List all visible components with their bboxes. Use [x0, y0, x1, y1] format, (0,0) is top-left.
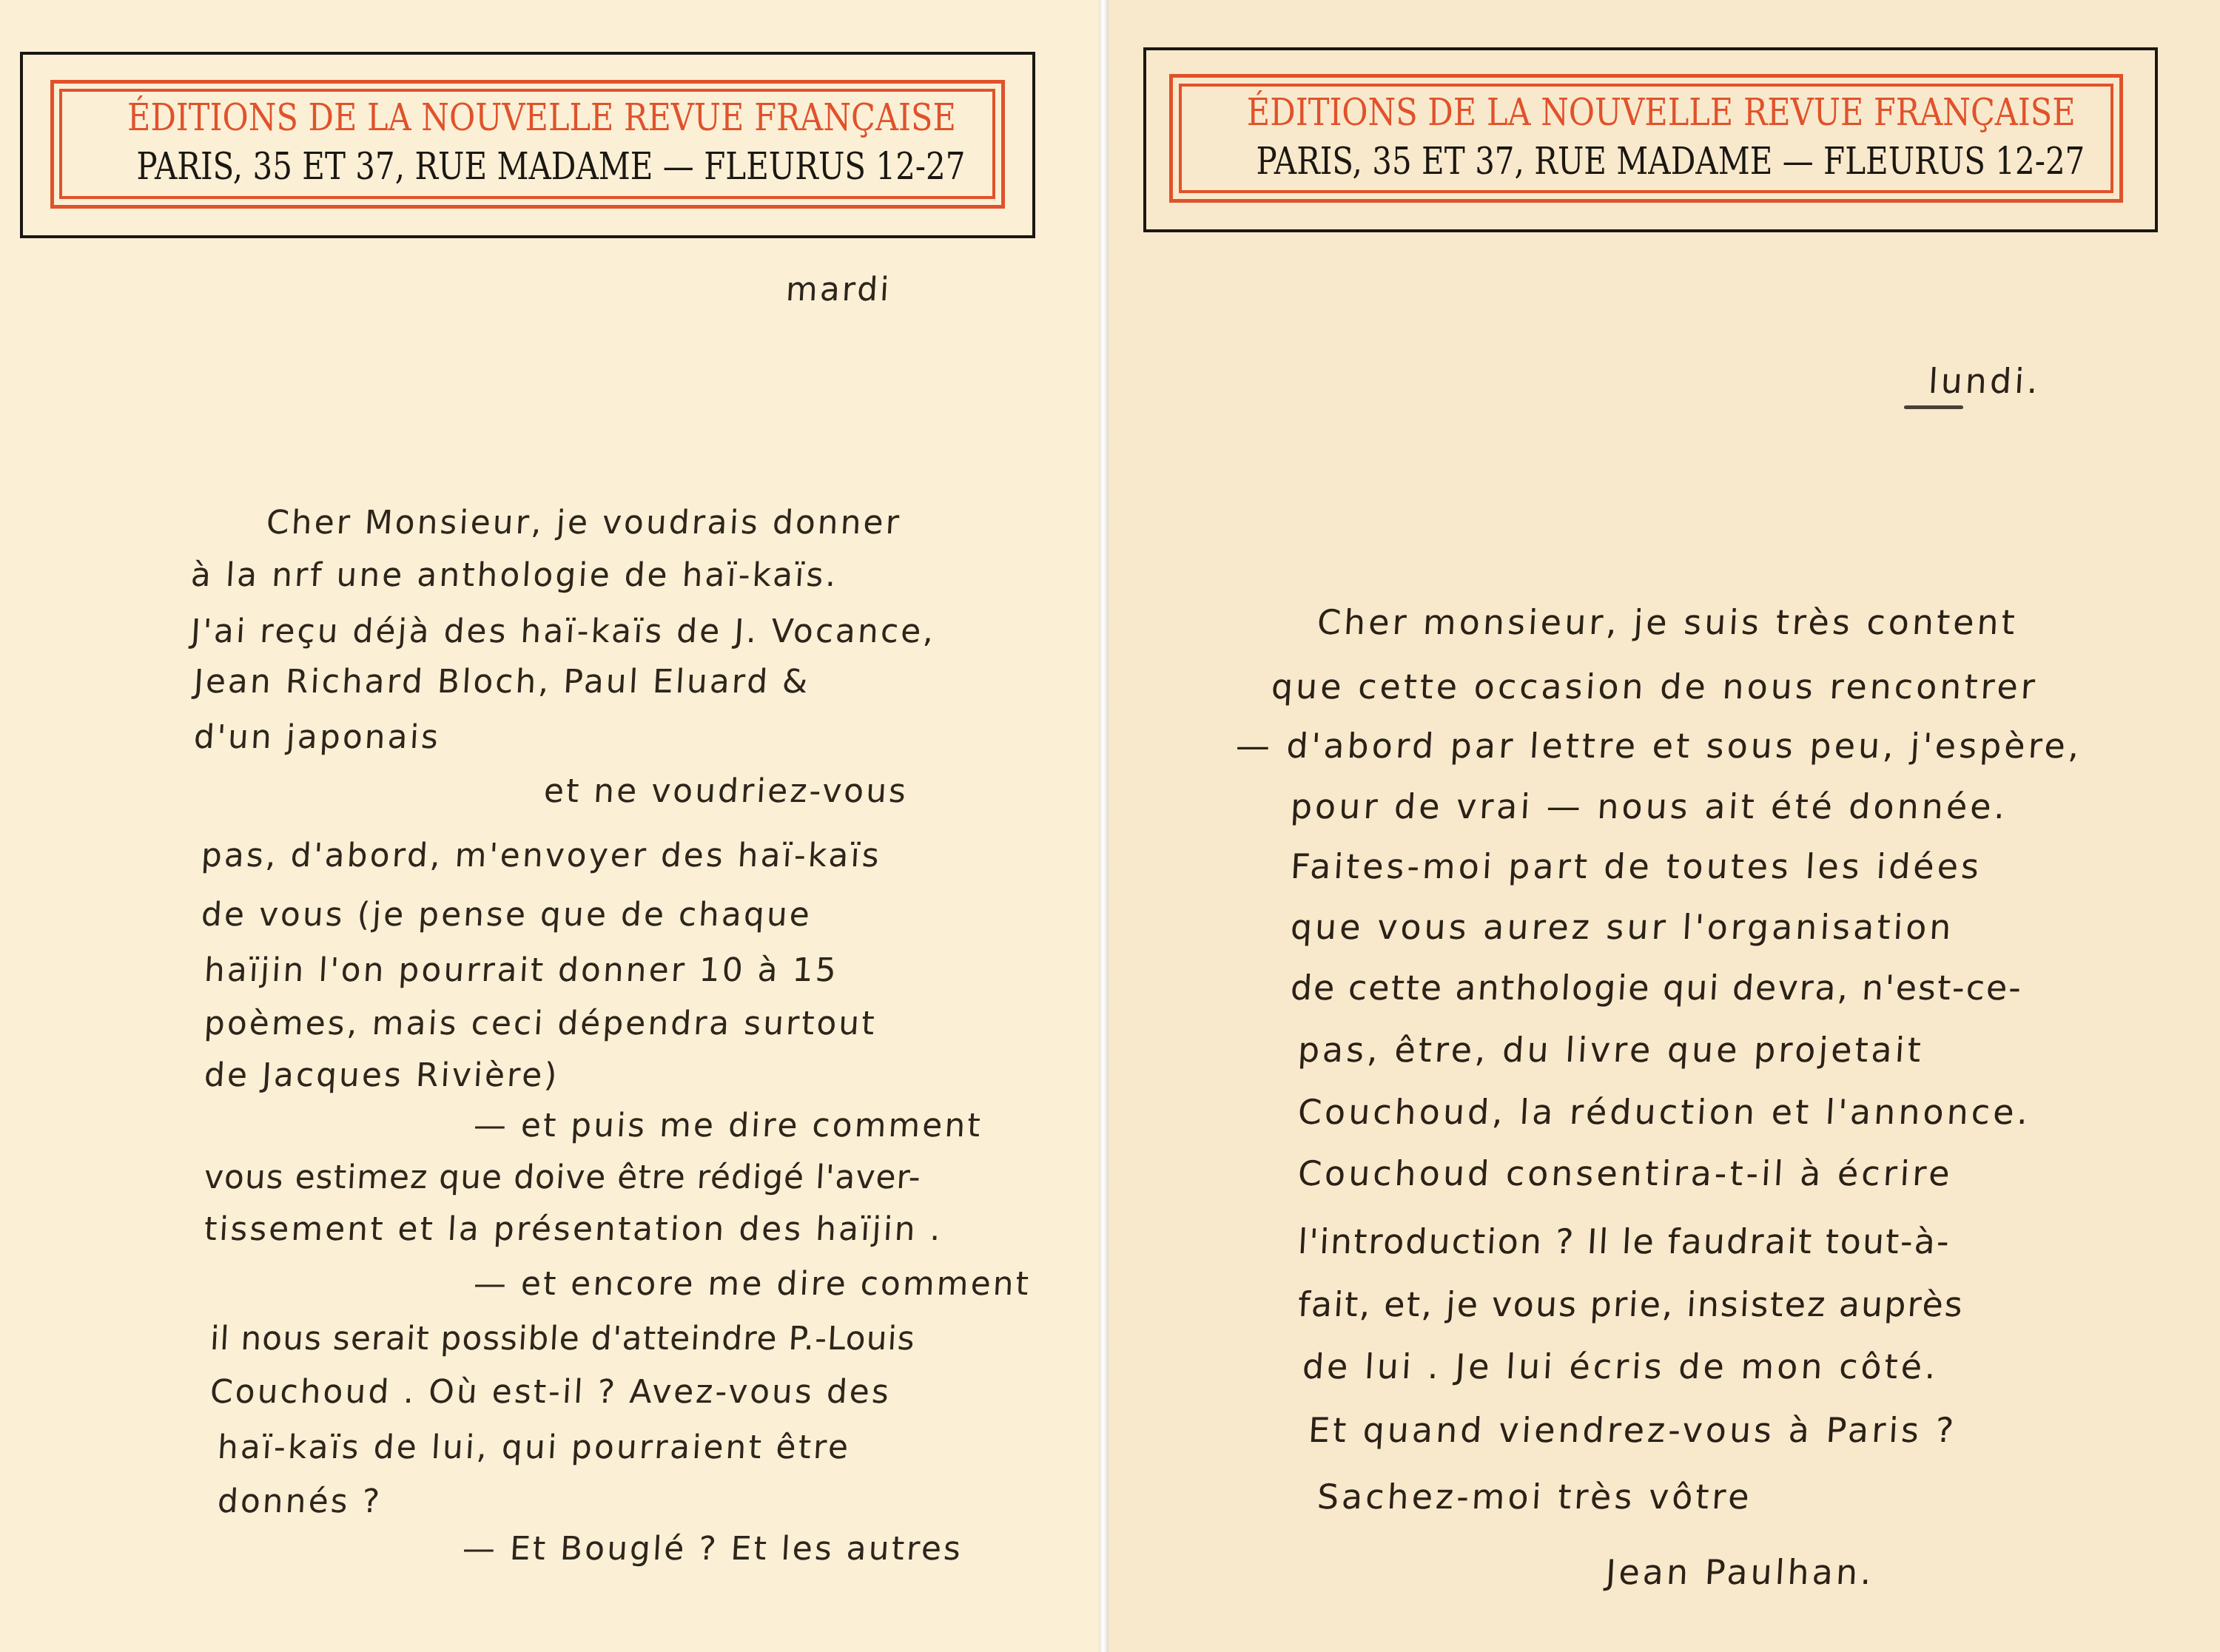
- letter-line: Faites-moi part de toutes les idées: [1290, 849, 1982, 883]
- letter-line: Cher Monsieur, je voudrais donner: [266, 507, 902, 539]
- letter-line: à la nrf une anthologie de haï-kaïs.: [190, 559, 839, 592]
- letter-line: de lui . Je lui écris de mon côté.: [1302, 1349, 1940, 1383]
- page-gutter: [1099, 0, 1109, 1652]
- letter-line: de Jacques Rivière): [203, 1059, 560, 1092]
- letterhead-address: PARIS, 35 ET 37, RUE MADAME — FLEURUS 12…: [1256, 140, 2036, 183]
- letterhead-title: ÉDITIONS DE LA NOUVELLE REVUE FRANÇAISE: [127, 96, 927, 139]
- letter-line: l'introduction ? Il le faudrait tout-à-: [1297, 1224, 1951, 1258]
- letter-line: — Et Bouglé ? Et les autres: [462, 1533, 963, 1565]
- letter-line: Couchoud . Où est-il ? Avez-vous des: [209, 1376, 892, 1409]
- letter-line: tissement et la présentation des haïjin …: [203, 1213, 943, 1246]
- letterhead-red-border-inner: ÉDITIONS DE LA NOUVELLE REVUE FRANÇAISE …: [59, 89, 995, 199]
- letter-line: — et encore me dire comment: [473, 1268, 1032, 1301]
- letter-page-left: ÉDITIONS DE LA NOUVELLE REVUE FRANÇAISE …: [0, 0, 1099, 1652]
- letter-line: que cette occasion de nous rencontrer: [1271, 670, 2039, 704]
- letter-line: donnés ?: [217, 1486, 383, 1518]
- letter-line: pas, d'abord, m'envoyer des haï-kaïs: [201, 840, 882, 872]
- signature: Jean Paulhan.: [1605, 1555, 1875, 1589]
- letter-line: il nous serait possible d'atteindre P.-L…: [209, 1323, 916, 1355]
- letterhead-red-border-inner: ÉDITIONS DE LA NOUVELLE REVUE FRANÇAISE …: [1179, 84, 2113, 193]
- letter-line: de vous (je pense que de chaque: [201, 899, 813, 931]
- letter-line: Et quand viendrez-vous à Paris ?: [1308, 1413, 1958, 1447]
- letter-line: — et puis me dire comment: [473, 1110, 983, 1142]
- letter-date: lundi.: [1928, 364, 2042, 398]
- letter-line: J'ai reçu déjà des haï-kaïs de J. Vocanc…: [190, 616, 936, 648]
- letter-line: d'un japonais: [193, 721, 441, 754]
- letter-line: poèmes, mais ceci dépendra surtout: [203, 1008, 878, 1040]
- letter-line: vous estimez que doive être rédigé l'ave…: [203, 1162, 922, 1194]
- letter-line: Cher monsieur, je suis très content: [1316, 605, 2019, 639]
- letterhead-title: ÉDITIONS DE LA NOUVELLE REVUE FRANÇAISE: [1247, 91, 2045, 134]
- letter-date: mardi: [785, 274, 892, 306]
- letter-line: Couchoud, la réduction et l'annonce.: [1297, 1095, 2032, 1129]
- letter-line: — d'abord par lettre et sous peu, j'espè…: [1235, 729, 2083, 763]
- letter-line: de cette anthologie qui devra, n'est-ce-: [1290, 971, 2023, 1005]
- letter-line: haïjin l'on pourrait donner 10 à 15: [203, 954, 839, 987]
- letter-line: Sachez-moi très vôtre: [1316, 1480, 1753, 1514]
- letter-line: Couchoud consentira-t-il à écrire: [1297, 1156, 1954, 1190]
- letter-line: haï-kaïs de lui, qui pourraient être: [217, 1432, 851, 1464]
- letter-line: que vous aurez sur l'organisation: [1290, 910, 1955, 944]
- date-underline: [1904, 405, 1963, 409]
- show-through-text: [562, 244, 575, 278]
- letter-page-right: ÉDITIONS DE LA NOUVELLE REVUE FRANÇAISE …: [1109, 0, 2220, 1652]
- letter-line: fait, et, je vous prie, insistez auprès: [1297, 1287, 1965, 1321]
- letter-line: et ne voudriez-vous: [543, 775, 909, 808]
- letter-line: pour de vrai — nous ait été donnée.: [1290, 789, 2009, 823]
- letter-line: Jean Richard Bloch, Paul Eluard &: [193, 666, 811, 698]
- letter-line: pas, être, du livre que projetait: [1297, 1033, 1925, 1067]
- letterhead-address: PARIS, 35 ET 37, RUE MADAME — FLEURUS 12…: [137, 145, 918, 188]
